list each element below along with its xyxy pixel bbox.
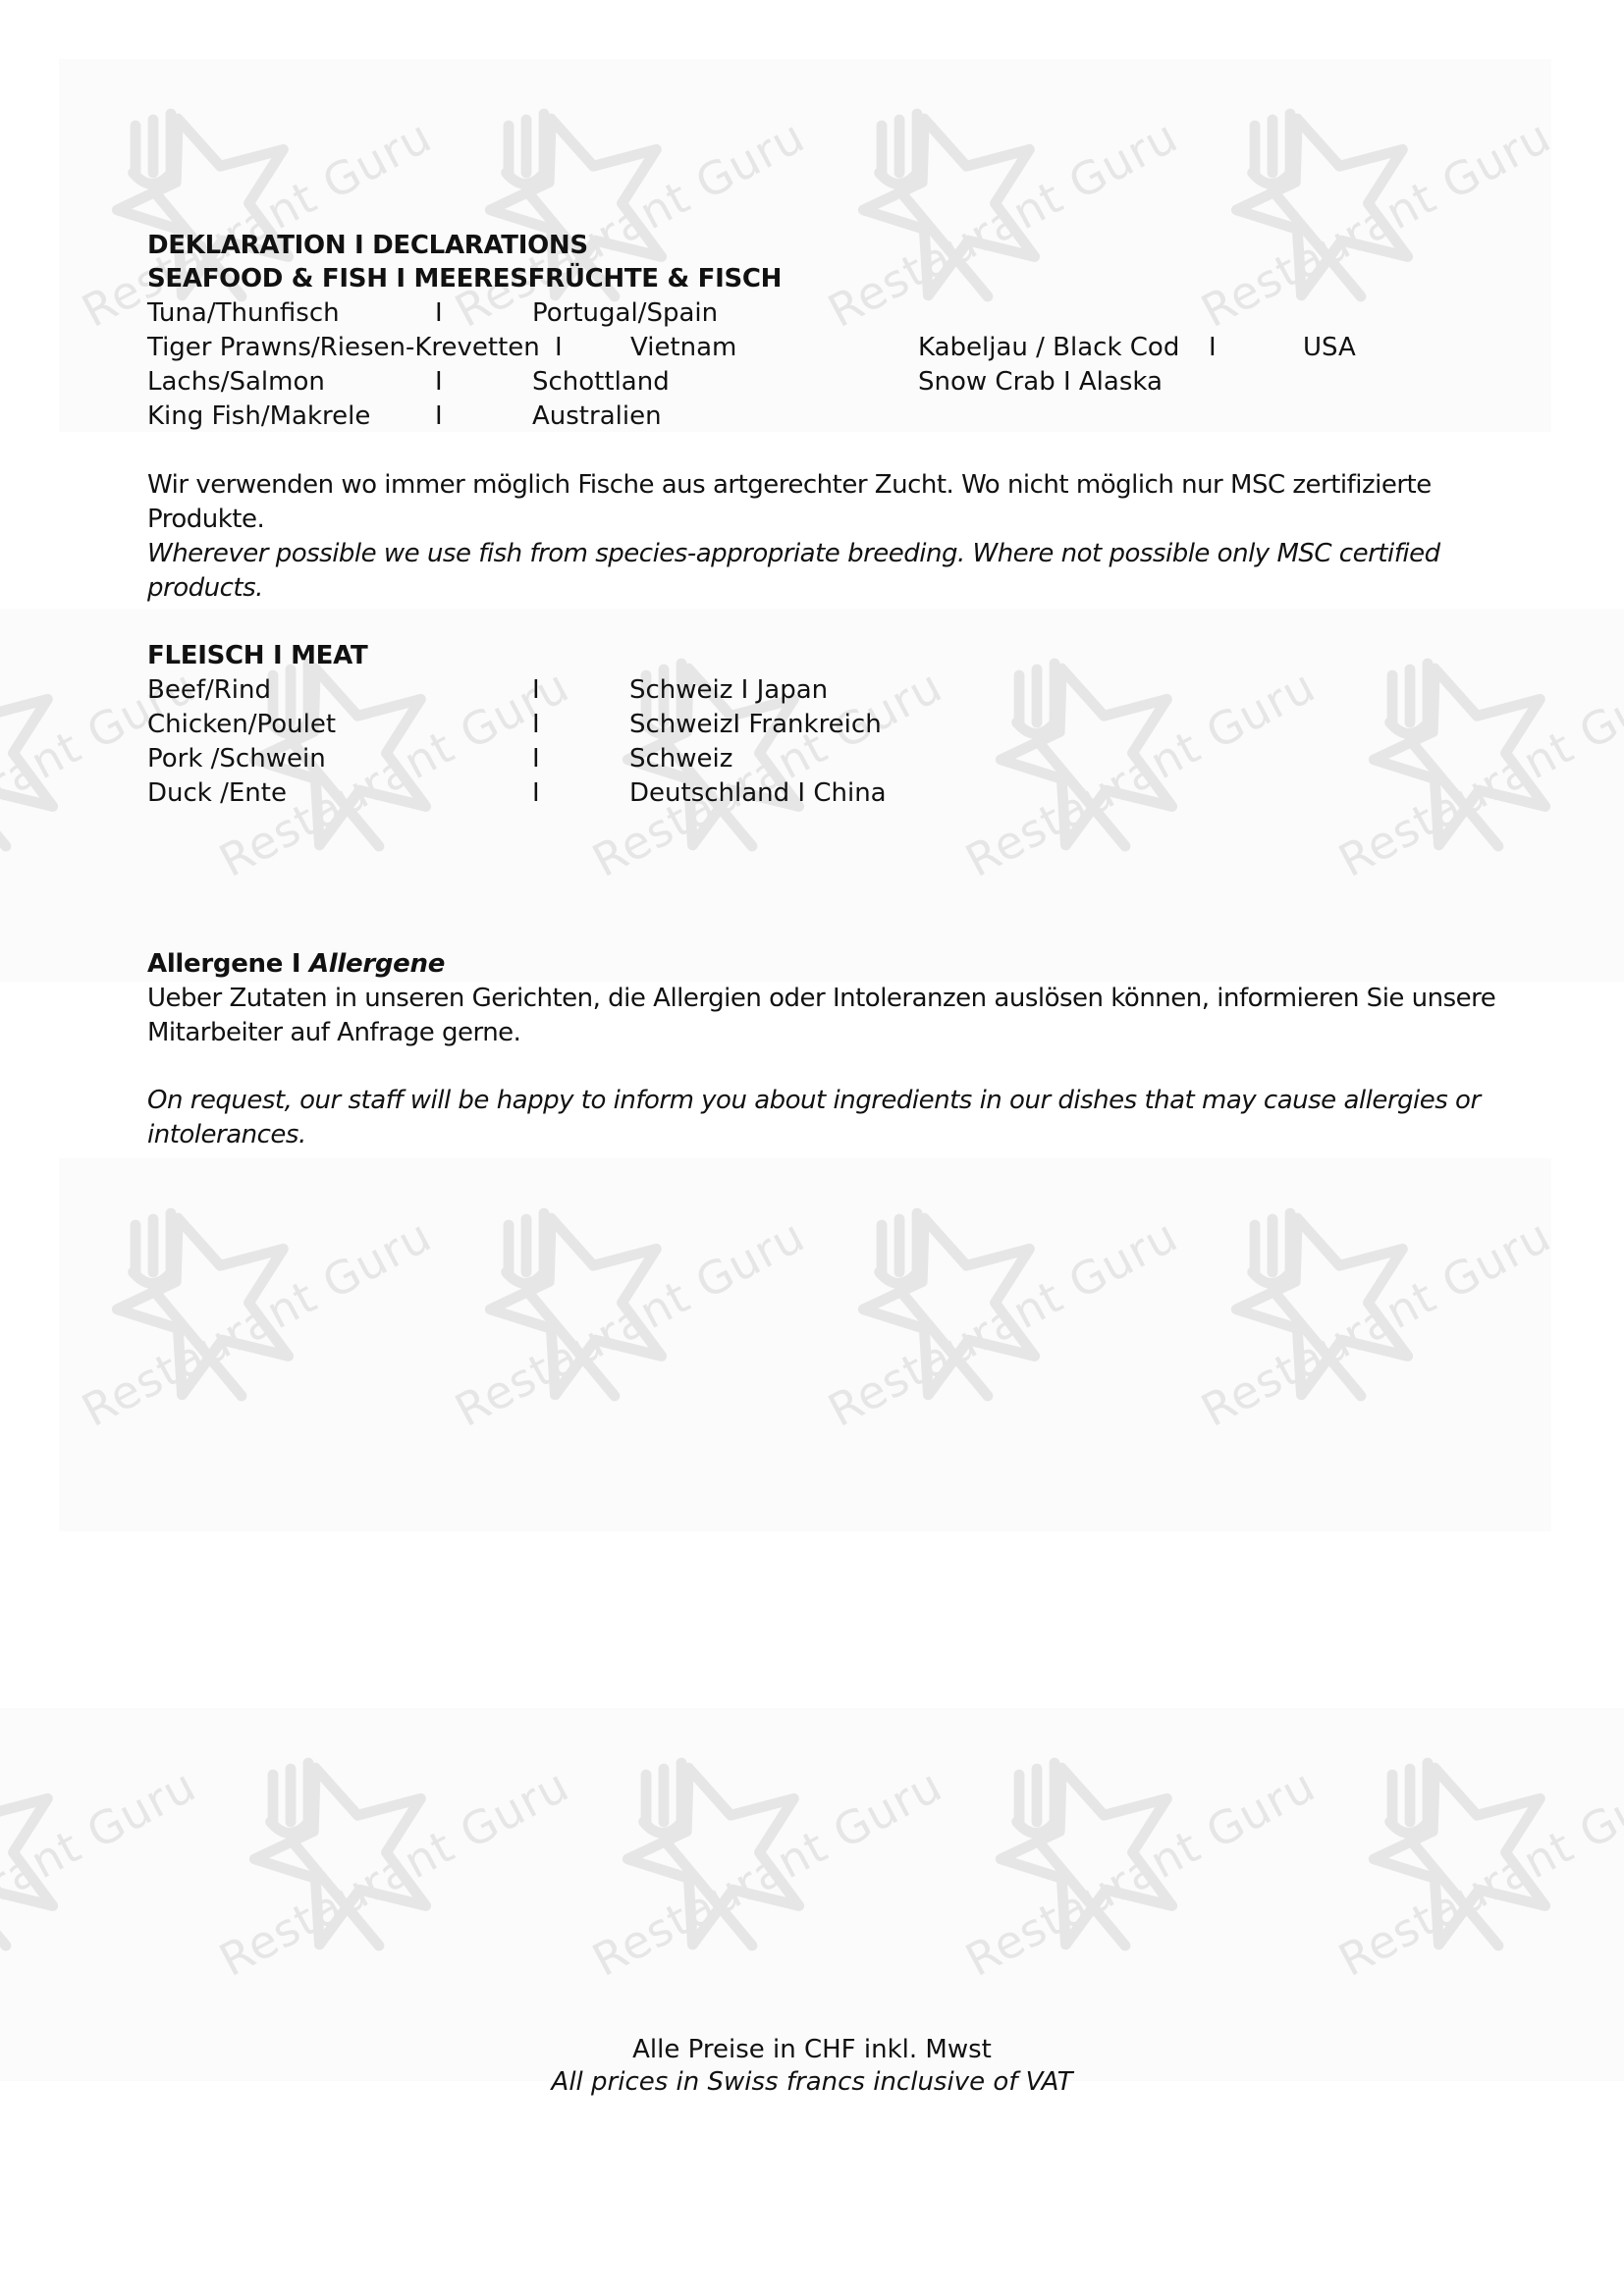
meat-origin: Schweiz I Japan — [629, 673, 828, 708]
meat-separator: I — [532, 708, 540, 742]
meat-item: Pork /Schwein — [147, 742, 326, 776]
seafood-row: Lachs/Salmon — [147, 365, 325, 400]
meat-origin: SchweizI Frankreich — [629, 708, 882, 742]
seafood-origin: Australien — [532, 400, 662, 434]
allergens-text-de: Ueber Zutaten in unseren Gerichten, die … — [147, 982, 1522, 1050]
seafood-separator: I — [435, 296, 443, 331]
seafood-separator: I — [555, 331, 563, 365]
meat-separator: I — [532, 673, 540, 708]
fish-note-de: Wir verwenden wo immer möglich Fische au… — [147, 468, 1522, 537]
seafood-origin: USA — [1303, 331, 1356, 365]
seafood-origin: Vietnam — [630, 331, 736, 365]
seafood-separator: I — [1209, 331, 1217, 365]
meat-item: Chicken/Poulet — [147, 708, 336, 742]
meat-item: Duck /Ente — [147, 776, 287, 811]
footer-price-note-en: All prices in Swiss francs inclusive of … — [0, 2066, 1624, 2099]
allergens-heading: Allergene I Allergene — [147, 947, 445, 982]
seafood-row: King Fish/Makrele — [147, 400, 370, 434]
seafood-heading: SEAFOOD & FISH I MEERESFRÜCHTE & FISCH — [147, 262, 782, 296]
meat-separator: I — [532, 742, 540, 776]
seafood-item: Kabeljau / Black Cod — [918, 331, 1179, 365]
seafood-item: Tuna/Thunfisch — [147, 298, 340, 328]
allergens-text-en: On request, our staff will be happy to i… — [147, 1084, 1522, 1152]
seafood-separator: I — [435, 365, 443, 400]
seafood-separator: I — [435, 400, 443, 434]
document-page: DEKLARATION I DECLARATIONS SEAFOOD & FIS… — [0, 0, 1624, 2296]
seafood-row: Tuna/Thunfisch — [147, 296, 340, 331]
seafood-origin: Schottland — [532, 365, 670, 400]
fish-note-en: Wherever possible we use fish from speci… — [147, 537, 1522, 606]
meat-origin: Deutschland I China — [629, 776, 887, 811]
seafood-item: Lachs/Salmon — [147, 367, 325, 397]
allergens-heading-en: Allergene — [309, 949, 445, 979]
declarations-title: DEKLARATION I DECLARATIONS — [147, 229, 588, 263]
allergens-heading-de: Allergene I — [147, 949, 309, 979]
meat-separator: I — [532, 776, 540, 811]
meat-heading: FLEISCH I MEAT — [147, 639, 367, 673]
seafood-item: Tiger Prawns/Riesen-Krevetten — [147, 333, 540, 362]
seafood-item: Snow Crab I Alaska — [918, 365, 1163, 400]
seafood-origin: Portugal/Spain — [532, 296, 718, 331]
meat-origin: Schweiz — [629, 742, 732, 776]
footer-price-note-de: Alle Preise in CHF inkl. Mwst — [0, 2034, 1624, 2066]
seafood-item: King Fish/Makrele — [147, 401, 370, 431]
meat-item: Beef/Rind — [147, 673, 271, 708]
seafood-row: Tiger Prawns/Riesen-Krevetten — [147, 331, 540, 365]
